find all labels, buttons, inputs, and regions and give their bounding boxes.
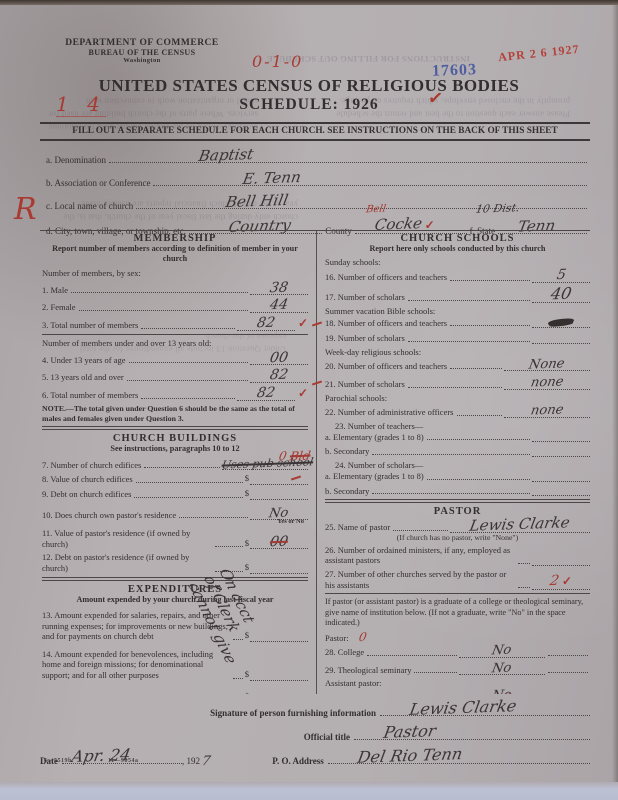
handwritten-value: 82 bbox=[256, 316, 276, 331]
membership-heading: MEMBERSHIP bbox=[42, 233, 308, 244]
expenditures-subheading: Amount expended by your church during la… bbox=[42, 595, 308, 605]
answer-line: none bbox=[504, 376, 590, 390]
church-schools-heading: CHURCH SCHOOLS bbox=[325, 233, 590, 244]
group-label: Parochial schools: bbox=[325, 393, 590, 403]
handwritten-value: Baptist bbox=[197, 147, 254, 164]
official-title-row: Official title Pastor bbox=[40, 724, 590, 742]
church-buildings-heading: CHURCH BUILDINGS bbox=[42, 433, 308, 444]
group-label: Summer vacation Bible schools: bbox=[325, 306, 590, 316]
group-label: Number of members, by sex: bbox=[42, 268, 308, 278]
question-label: 5. 13 years old and over bbox=[42, 372, 124, 383]
signature-line: Lewis Clarke bbox=[380, 700, 590, 716]
question-row-5: 5. 13 years old and over 82 bbox=[42, 368, 308, 383]
question-row-24a: a. Elementary (grades 1 to 8) bbox=[325, 471, 590, 482]
question-label: 8. Value of church edifices bbox=[42, 474, 133, 485]
question-row-14: 14. Amount expended for benevolences, in… bbox=[42, 649, 308, 681]
handwritten-value: 5 bbox=[555, 268, 566, 282]
answer-line: 82 bbox=[237, 316, 295, 331]
question-row-1: 1. Male 38 bbox=[42, 281, 308, 296]
question-label: 6. Total number of members bbox=[42, 390, 138, 401]
question-label: 21. Number of scholars bbox=[325, 379, 405, 390]
question-row-21: 21. Number of scholars none bbox=[325, 376, 590, 390]
question-row-16: 16. Number of officers and teachers 5 bbox=[325, 268, 590, 283]
question-label: 24. Number of scholars— bbox=[335, 460, 590, 470]
printed-year-prefix: , 192 bbox=[182, 756, 200, 766]
group-label: Week-day religious schools: bbox=[325, 347, 590, 357]
scanned-form-page: INSTRUCTIONS FOR FILLING OUT SCHEDULE Pl… bbox=[0, 0, 618, 800]
bureau-city: Washington bbox=[52, 57, 232, 64]
question-label: 18. Number of officers and teachers bbox=[325, 318, 447, 329]
question-label: b. Secondary bbox=[325, 446, 369, 457]
question-row-2: 2. Female 44 bbox=[42, 298, 308, 313]
dollar-sign: $ bbox=[245, 562, 249, 573]
answer-line: 40 bbox=[532, 286, 590, 303]
identification-fields: a. Denomination Baptist b. Association o… bbox=[46, 142, 590, 242]
signature-row: Signature of person furnishing informati… bbox=[40, 700, 590, 718]
question-label: 22. Number of administrative officers bbox=[325, 407, 454, 418]
answer-line: No bbox=[459, 644, 545, 658]
question-label: a. Elementary (grades 1 to 8) bbox=[325, 471, 424, 482]
red-ink-code: 0-1-0 bbox=[252, 52, 303, 71]
agency-header: DEPARTMENT OF COMMERCE BUREAU OF THE CEN… bbox=[52, 38, 232, 64]
field-label: b. Association or Conference bbox=[46, 178, 150, 188]
question-label: 23. Number of teachers— bbox=[335, 421, 590, 431]
answer-line: Lewis Clarke bbox=[450, 517, 590, 533]
department-name: DEPARTMENT OF COMMERCE bbox=[52, 38, 232, 48]
field-label: a. Denomination bbox=[46, 155, 106, 165]
question-label: 4. Under 13 years of age bbox=[42, 355, 126, 366]
answer-line bbox=[532, 317, 590, 329]
question-label: 16. Number of officers and teachers bbox=[325, 272, 447, 283]
question-label: 28. College bbox=[325, 647, 364, 658]
question-label: 3. Total number of members bbox=[42, 320, 138, 331]
answer-line bbox=[532, 481, 590, 482]
handwritten-value: 00 bbox=[269, 350, 289, 365]
handwritten-value: No bbox=[491, 644, 513, 658]
question-row-29: 29. Theological seminary No bbox=[325, 662, 590, 676]
answer-line bbox=[532, 441, 590, 442]
expenditures-heading: EXPENDITURES bbox=[42, 584, 308, 595]
dollar-sign: $ bbox=[245, 488, 249, 499]
answer-line bbox=[250, 573, 308, 574]
question-label: 26. Number of ordained ministers, if any… bbox=[325, 545, 515, 566]
right-column: CHURCH SCHOOLS Report here only schools … bbox=[316, 231, 590, 694]
answer-line: NoYes or No bbox=[250, 507, 308, 521]
signature-label: Signature of person furnishing informati… bbox=[210, 708, 376, 718]
handwritten-value: None bbox=[528, 357, 566, 371]
answer-line: 00 bbox=[250, 351, 308, 366]
dollar-sign: $ bbox=[245, 538, 249, 549]
answer-line: Uses pub school 0 Bld bbox=[222, 458, 308, 471]
pastor-line: Pastor: 0 bbox=[325, 631, 590, 643]
question-row-22: 22. Number of administrative officers no… bbox=[325, 404, 590, 418]
question-row-28: 28. College No bbox=[325, 644, 590, 658]
red-check-mark: ✓ bbox=[562, 574, 572, 588]
question-row-23a: a. Elementary (grades 1 to 8) bbox=[325, 432, 590, 443]
handwritten-value: Bell Hill bbox=[225, 193, 290, 210]
po-address-line: Del Rio Tenn bbox=[328, 748, 590, 764]
handwritten-signature: Lewis Clarke bbox=[408, 698, 517, 718]
question-label: 9. Debt on church edifices bbox=[42, 489, 131, 500]
question-row-6: 6. Total number of members 82 ✓ bbox=[42, 386, 308, 401]
field-row-association: b. Association or Conference E. Tenn bbox=[46, 171, 590, 188]
question-label: 12. Debt on pastor's residence (if owned… bbox=[42, 552, 212, 573]
handwritten-address: Del Rio Tenn bbox=[356, 746, 463, 766]
question-row-11: 11. Value of pastor's residence (if owne… bbox=[42, 528, 308, 549]
handwritten-value-struck: 00 bbox=[269, 535, 289, 550]
pastor-hint: (If church has no pastor, write "None") bbox=[325, 533, 590, 542]
membership-subheading: Report number of members according to de… bbox=[42, 244, 308, 265]
handwritten-value: 40 bbox=[549, 286, 572, 303]
red-margin-letter: R bbox=[14, 192, 37, 227]
answer-line: 82 bbox=[250, 368, 308, 383]
handwritten-value: No bbox=[491, 661, 513, 675]
handwritten-red-value: 2 bbox=[549, 574, 560, 588]
field-row-church-name: c. Local name of church Bell Hill Bell 1… bbox=[46, 194, 590, 211]
field-label: c. Local name of church bbox=[46, 201, 133, 211]
red-correction-note: Bell bbox=[365, 205, 387, 216]
question-row-9: 9. Debt on church edifices $ bbox=[42, 488, 308, 500]
handwritten-value: none bbox=[530, 403, 565, 417]
question-label: 29. Theological seminary bbox=[325, 665, 411, 676]
answer-line: Bell Hill Bell 10 Dist. bbox=[136, 194, 587, 209]
left-column: MEMBERSHIP Report number of members acco… bbox=[40, 231, 316, 694]
red-check-mark: ✓ bbox=[298, 386, 308, 401]
yes-or-no-hint: Yes or No bbox=[277, 518, 304, 526]
handwritten-value: E. Tenn bbox=[242, 170, 303, 187]
answer-line bbox=[532, 343, 590, 344]
question-row-20: 20. Number of officers and teachers None bbox=[325, 358, 590, 372]
question-label: 27. Number of other churches served by t… bbox=[325, 569, 515, 590]
scribble-mark bbox=[548, 317, 574, 326]
form-print-codes: 6—5519b 11—9054a bbox=[44, 758, 173, 764]
bureau-name: BUREAU OF THE CENSUS bbox=[52, 48, 232, 57]
question-row-3: 3. Total number of members 82 ✓ bbox=[42, 316, 308, 331]
answer-line: No bbox=[459, 662, 545, 676]
question-label: 7. Number of church edifices bbox=[42, 460, 141, 471]
answer-line: 00 bbox=[250, 535, 308, 550]
answer-line: 82 bbox=[237, 386, 295, 401]
question-row-27: 27. Number of other churches served by t… bbox=[325, 569, 590, 590]
question-row-7: 7. Number of church edifices Uses pub sc… bbox=[42, 458, 308, 471]
question-row-17: 17. Number of scholars 40 bbox=[325, 286, 590, 303]
question-label: 14. Amount expended for benevolences, in… bbox=[42, 649, 230, 681]
answer-line bbox=[532, 565, 590, 566]
question-row-25: 25. Name of pastor Lewis Clarke bbox=[325, 517, 590, 533]
paper-edge-top bbox=[0, 0, 618, 5]
red-zero-mark: 0 bbox=[358, 631, 368, 643]
handwritten-value: 82 bbox=[269, 368, 289, 383]
membership-note: NOTE.—The total given under Question 6 s… bbox=[42, 404, 308, 423]
question-row-12: 12. Debt on pastor's residence (if owned… bbox=[42, 552, 308, 573]
answer-line bbox=[532, 456, 590, 457]
group-label: Number of members under and over 13 year… bbox=[42, 338, 308, 348]
question-label: 20. Number of officers and teachers bbox=[325, 361, 447, 372]
pastor-label: Pastor: bbox=[325, 633, 349, 643]
question-row-13: 13. Amount expended for salaries, repair… bbox=[42, 610, 308, 642]
answer-line bbox=[250, 680, 308, 681]
po-address-label: P. O. Address bbox=[272, 756, 324, 766]
official-title-line: Pastor bbox=[354, 724, 590, 740]
form-title: UNITED STATES CENSUS OF RELIGIOUS BODIES bbox=[0, 76, 618, 96]
answer-line: Baptist bbox=[109, 148, 587, 163]
print-code-2: 11—9054a bbox=[108, 758, 139, 764]
answer-line: 38 bbox=[250, 281, 308, 296]
handwritten-value: Lewis Clarke bbox=[469, 515, 572, 533]
answer-line: none bbox=[504, 404, 590, 418]
group-label: Sunday schools: bbox=[325, 257, 590, 267]
question-label: a. Elementary (grades 1 to 8) bbox=[325, 432, 424, 443]
handwritten-title: Pastor bbox=[382, 723, 437, 741]
form-body-columns: MEMBERSHIP Report number of members acco… bbox=[40, 230, 590, 694]
question-row-4: 4. Under 13 years of age 00 bbox=[42, 351, 308, 366]
question-label: 17. Number of scholars bbox=[325, 292, 405, 303]
answer-line: E. Tenn bbox=[153, 171, 587, 186]
question-label: 11. Value of pastor's residence (if owne… bbox=[42, 528, 212, 549]
question-label: 25. Name of pastor bbox=[325, 522, 390, 533]
question-row-18: 18. Number of officers and teachers bbox=[325, 317, 590, 329]
question-label: b. Secondary bbox=[325, 486, 369, 497]
handwritten-value: 38 bbox=[269, 280, 289, 295]
handwritten-value: 82 bbox=[256, 386, 276, 401]
question-label: 1. Male bbox=[42, 285, 68, 296]
answer-line bbox=[532, 495, 590, 496]
official-title-label: Official title bbox=[304, 732, 350, 742]
print-code-1: 6—5519b bbox=[44, 758, 72, 764]
handwritten-value: none bbox=[530, 376, 565, 390]
church-buildings-subheading: See instructions, paragraphs 10 to 12 bbox=[42, 444, 308, 454]
answer-line bbox=[250, 499, 308, 500]
red-check-mark: ✓ bbox=[298, 316, 308, 331]
question-row-26: 26. Number of ordained ministers, if any… bbox=[325, 545, 590, 566]
church-schools-subheading: Report here only schools conducted by th… bbox=[325, 244, 590, 254]
dollar-sign: $ bbox=[245, 669, 249, 680]
question-row-23b: b. Secondary bbox=[325, 446, 590, 457]
red-annotation: 0 Bld bbox=[279, 449, 310, 464]
handwritten-district-note: 10 Dist. bbox=[475, 202, 521, 215]
answer-line bbox=[250, 484, 308, 485]
question-row-19: 19. Number of scholars bbox=[325, 333, 590, 344]
answer-line: 2✓ bbox=[532, 574, 590, 590]
question-row-8: 8. Value of church edifices $ bbox=[42, 473, 308, 485]
paper-edge-shadow bbox=[612, 0, 618, 800]
question-label: 19. Number of scholars bbox=[325, 333, 405, 344]
handwritten-value: 44 bbox=[269, 298, 289, 313]
question-row-24b: b. Secondary bbox=[325, 486, 590, 497]
answer-line: 5 bbox=[532, 268, 590, 283]
instruction-banner: FILL OUT A SEPARATE SCHEDULE FOR EACH CH… bbox=[40, 122, 590, 141]
answer-line: 44 bbox=[250, 298, 308, 313]
answer-line: None bbox=[504, 358, 590, 372]
handwritten-year: 7 bbox=[201, 755, 212, 768]
field-row-denomination: a. Denomination Baptist bbox=[46, 148, 590, 165]
dollar-sign: $ bbox=[245, 473, 249, 484]
graduate-note: If pastor (or assistant pastor) is a gra… bbox=[325, 597, 590, 628]
scan-background-strip bbox=[0, 782, 618, 800]
form-subtitle: SCHEDULE: 1926 bbox=[0, 96, 618, 114]
question-label: 2. Female bbox=[42, 302, 76, 313]
question-label: 10. Does church own pastor's residence bbox=[42, 510, 176, 521]
assistant-pastor-label: Assistant pastor: bbox=[325, 678, 590, 688]
question-row-10: 10. Does church own pastor's residence N… bbox=[42, 507, 308, 521]
